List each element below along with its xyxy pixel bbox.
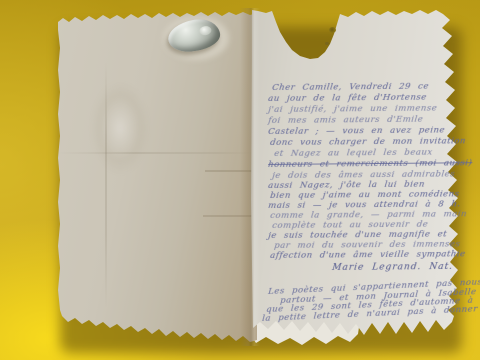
embossed-mark bbox=[91, 82, 149, 174]
torn-hole bbox=[329, 27, 336, 33]
fold-spine bbox=[240, 8, 260, 346]
photograph-background: Cher Camille, Vendredi 29 ce au jour de … bbox=[0, 0, 480, 360]
letter-left-page bbox=[55, 10, 257, 346]
letter-right-page bbox=[244, 6, 460, 350]
torn-hole bbox=[325, 42, 329, 45]
crease-line bbox=[57, 152, 255, 154]
crease-line bbox=[105, 62, 107, 308]
